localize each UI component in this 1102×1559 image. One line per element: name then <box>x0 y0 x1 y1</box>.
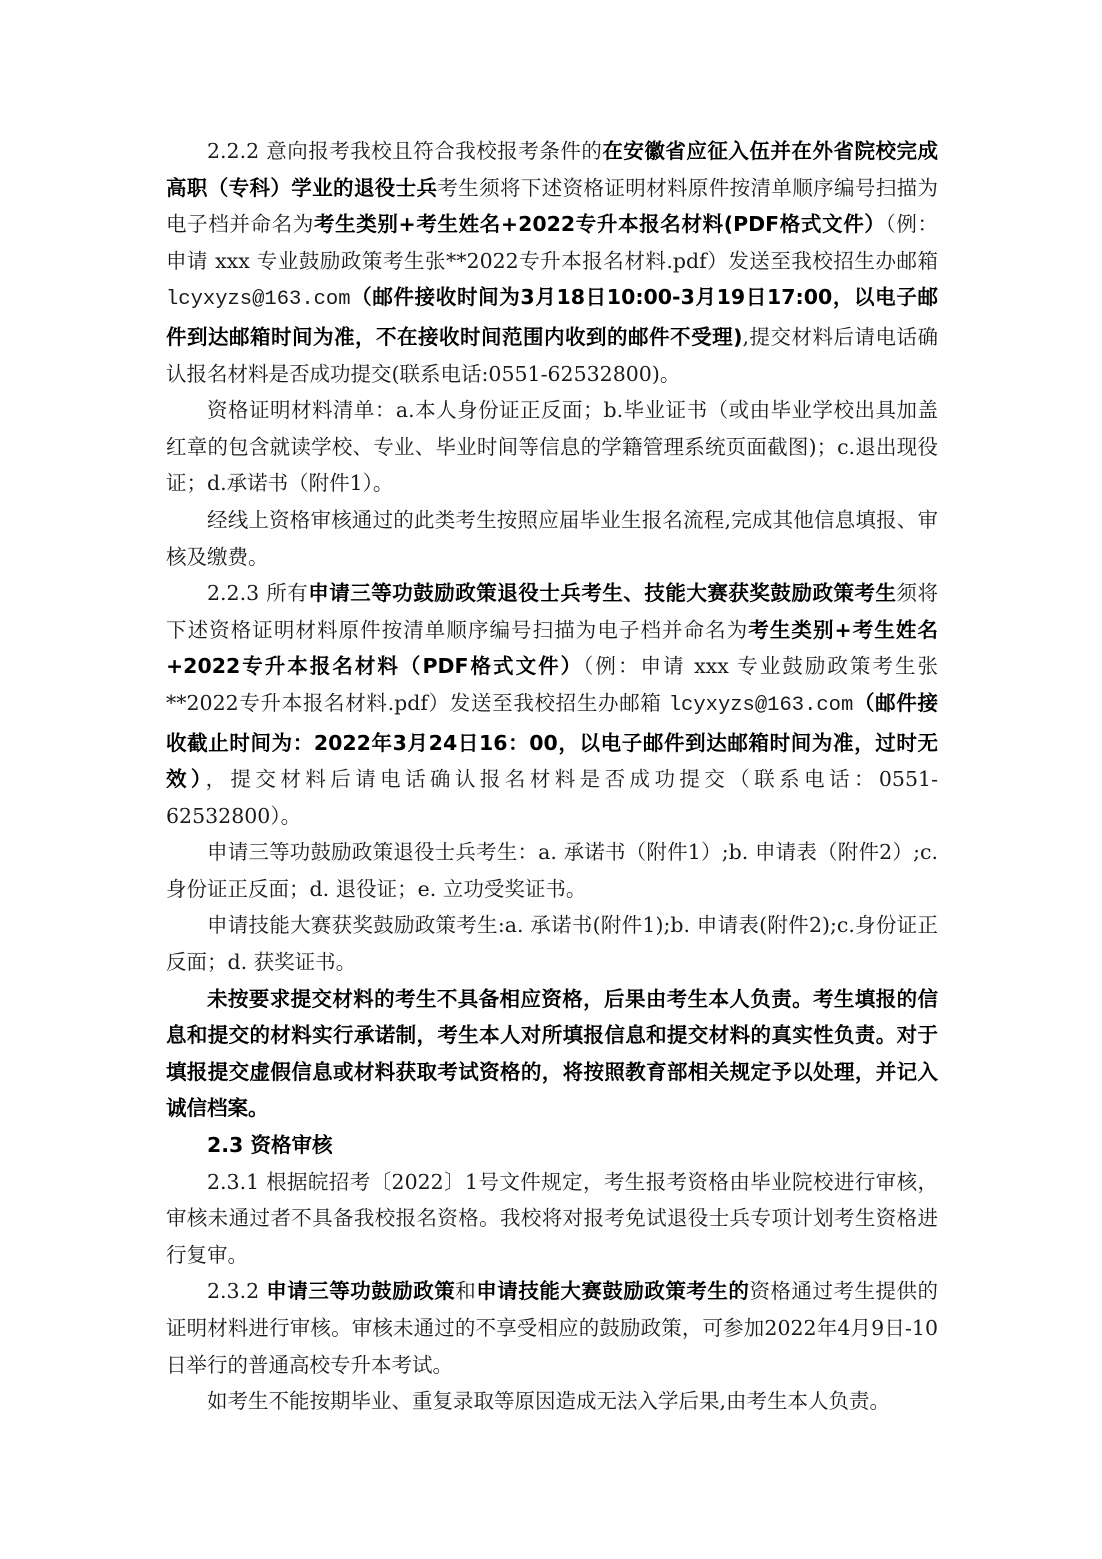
email-link[interactable]: lcyxyzs@163.com <box>669 694 854 717</box>
section-2-2-2: 2.2.2 意向报考我校且符合我校报考条件的在安徽省应征入伍并在外省院校完成高职… <box>166 133 938 392</box>
text: 所有 <box>266 581 308 605</box>
bold-text: 申请三等功鼓励政策 <box>266 1279 455 1303</box>
section-number: 2.2.3 <box>207 581 266 605</box>
text: 和 <box>455 1279 476 1303</box>
bold-text: 申请三等功鼓励政策退役士兵考生、技能大赛获奖鼓励政策考生 <box>308 581 896 605</box>
section-number: 2.2.2 <box>207 139 266 163</box>
section-2-2-3: 2.2.3 所有申请三等功鼓励政策退役士兵考生、技能大赛获奖鼓励政策考生须将下述… <box>166 575 938 834</box>
email-link[interactable]: lcyxyzs@163.com <box>166 288 351 311</box>
section-2-3-1: 2.3.1 根据皖招考〔2022〕1号文件规定，考生报考资格由毕业院校进行审核，… <box>166 1164 938 1274</box>
text: ，提交材料后请电话确认报名材料是否成功提交（联系电话：0551-62532800… <box>166 767 938 828</box>
section-2-3-2: 2.3.2 申请三等功鼓励政策和申请技能大赛鼓励政策考生的资格通过考生提供的证明… <box>166 1273 938 1383</box>
online-review-note: 经线上资格审核通过的此类考生按照应届毕业生报名流程,完成其他信息填报、审核及缴费… <box>166 502 938 575</box>
section-number: 2.3.2 <box>207 1279 266 1303</box>
final-note: 如考生不能按期毕业、重复录取等原因造成无法入学后果,由考生本人负责。 <box>166 1383 938 1420</box>
materials-list: 资格证明材料清单：a.本人身份证正反面；b.毕业证书（或由毕业学校出具加盖红章的… <box>166 392 938 502</box>
bold-filename-rule: 考生类别+考生姓名+2022专升本报名材料(PDF格式文件） <box>314 212 886 236</box>
skills-contest-list: 申请技能大赛获奖鼓励政策考生:a. 承诺书(附件1);b. 申请表(附件2);c… <box>166 907 938 980</box>
document-page: 2.2.2 意向报考我校且符合我校报考条件的在安徽省应征入伍并在外省院校完成高职… <box>166 133 938 1420</box>
bold-text: 申请技能大赛鼓励政策考生的 <box>476 1279 749 1303</box>
warning-paragraph: 未按要求提交材料的考生不具备相应资格，后果由考生本人负责。考生填报的信息和提交的… <box>166 981 938 1127</box>
heading-2-3: 2.3 资格审核 <box>166 1127 938 1164</box>
merit-soldiers-list: 申请三等功鼓励政策退役士兵考生：a. 承诺书（附件1）;b. 申请表（附件2）;… <box>166 834 938 907</box>
text: 意向报考我校且符合我校报考条件的 <box>266 139 602 163</box>
